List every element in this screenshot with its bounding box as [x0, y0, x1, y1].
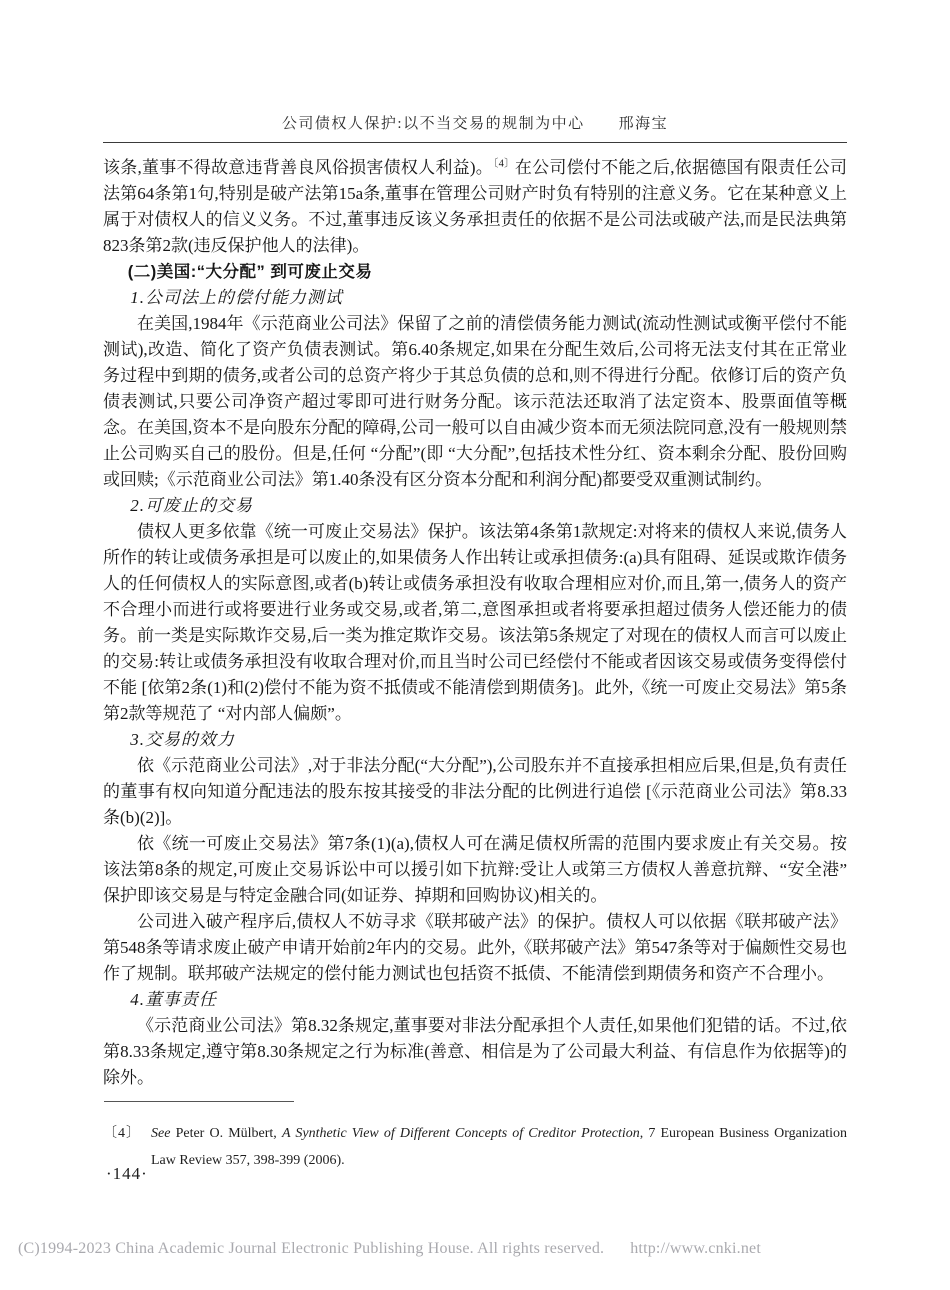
- text-segment: Peter O. Mülbert,: [170, 1126, 282, 1141]
- footer-url: http://www.cnki.net: [630, 1240, 761, 1257]
- text-segment: 公司进入破产程序后,债权人不妨寻求《联邦破产法》的保护。债权人可以依据《联邦破产…: [103, 912, 847, 983]
- paragraph: 债权人更多依靠《统一可废止交易法》保护。该法第4条第1款规定:对将来的债权人来说…: [103, 519, 847, 727]
- paragraph: 公司进入破产程序后,债权人不妨寻求《联邦破产法》的保护。债权人可以依据《联邦破产…: [103, 909, 847, 987]
- running-header: 公司债权人保护:以不当交易的规制为中心邢海宝: [103, 114, 847, 134]
- header-rule: [103, 142, 847, 143]
- heading-kai: 3.交易的效力: [103, 727, 847, 753]
- paragraph: 该条,董事不得故意违背善良风俗损害债权人利益)。〔4〕在公司偿付不能之后,依据德…: [103, 155, 847, 259]
- heading-kai: 2.可废止的交易: [103, 493, 847, 519]
- paragraph: 依《统一可废止交易法》第7条(1)(a),债权人可在满足债权所需的范围内要求废止…: [103, 831, 847, 909]
- text-segment: (二)美国:“大分配” 到可废止交易: [128, 263, 373, 281]
- page-number: ·144·: [106, 1164, 148, 1184]
- text-segment: A Synthetic View of Different Concepts o…: [282, 1126, 640, 1141]
- footnote-text: See Peter O. Mülbert, A Synthetic View o…: [151, 1126, 847, 1168]
- footnote-reference: 〔4〕: [493, 158, 515, 169]
- text-segment: 在美国,1984年《示范商业公司法》保留了之前的清偿债务能力测试(流动性测试或衡…: [103, 314, 847, 489]
- text-segment: 《示范商业公司法》第8.32条规定,董事要对非法分配承担个人责任,如果他们犯错的…: [103, 1016, 847, 1087]
- copyright-text: (C)1994-2023 China Academic Journal Elec…: [18, 1240, 604, 1257]
- copyright-footer: (C)1994-2023 China Academic Journal Elec…: [18, 1240, 933, 1258]
- text-segment: 4.董事责任: [130, 990, 217, 1009]
- heading-kai: 1.公司法上的偿付能力测试: [103, 285, 847, 311]
- running-author: 邢海宝: [619, 116, 669, 132]
- footnote-marker: 〔4〕: [103, 1120, 141, 1147]
- document-page: 公司债权人保护:以不当交易的规制为中心邢海宝 该条,董事不得故意违背善良风俗损害…: [0, 0, 950, 1290]
- heading-bold: (二)美国:“大分配” 到可废止交易: [103, 259, 847, 285]
- text-segment: 3.交易的效力: [130, 730, 235, 749]
- text-segment: 依《统一可废止交易法》第7条(1)(a),债权人可在满足债权所需的范围内要求废止…: [103, 834, 847, 905]
- paragraph: 《示范商业公司法》第8.32条规定,董事要对非法分配承担个人责任,如果他们犯错的…: [103, 1013, 847, 1091]
- paragraph: 在美国,1984年《示范商业公司法》保留了之前的清偿债务能力测试(流动性测试或衡…: [103, 311, 847, 493]
- text-segment: 该条,董事不得故意违背善良风俗损害债权人利益)。: [103, 158, 493, 177]
- article-body: 该条,董事不得故意违背善良风俗损害债权人利益)。〔4〕在公司偿付不能之后,依据德…: [103, 155, 847, 1091]
- paragraph: 依《示范商业公司法》,对于非法分配(“大分配”),公司股东并不直接承担相应后果,…: [103, 753, 847, 831]
- text-segment: 债权人更多依靠《统一可废止交易法》保护。该法第4条第1款规定:对将来的债权人来说…: [103, 522, 847, 723]
- text-segment: 依《示范商业公司法》,对于非法分配(“大分配”),公司股东并不直接承担相应后果,…: [103, 756, 847, 827]
- text-segment: 1.公司法上的偿付能力测试: [130, 288, 343, 307]
- text-segment: 2.可废止的交易: [130, 496, 253, 515]
- footnote-separator: [104, 1101, 294, 1102]
- footnote: 〔4〕 See Peter O. Mülbert, A Synthetic Vi…: [103, 1120, 847, 1174]
- text-segment: See: [151, 1126, 170, 1141]
- heading-kai: 4.董事责任: [103, 987, 847, 1013]
- running-title: 公司债权人保护:以不当交易的规制为中心: [282, 116, 585, 132]
